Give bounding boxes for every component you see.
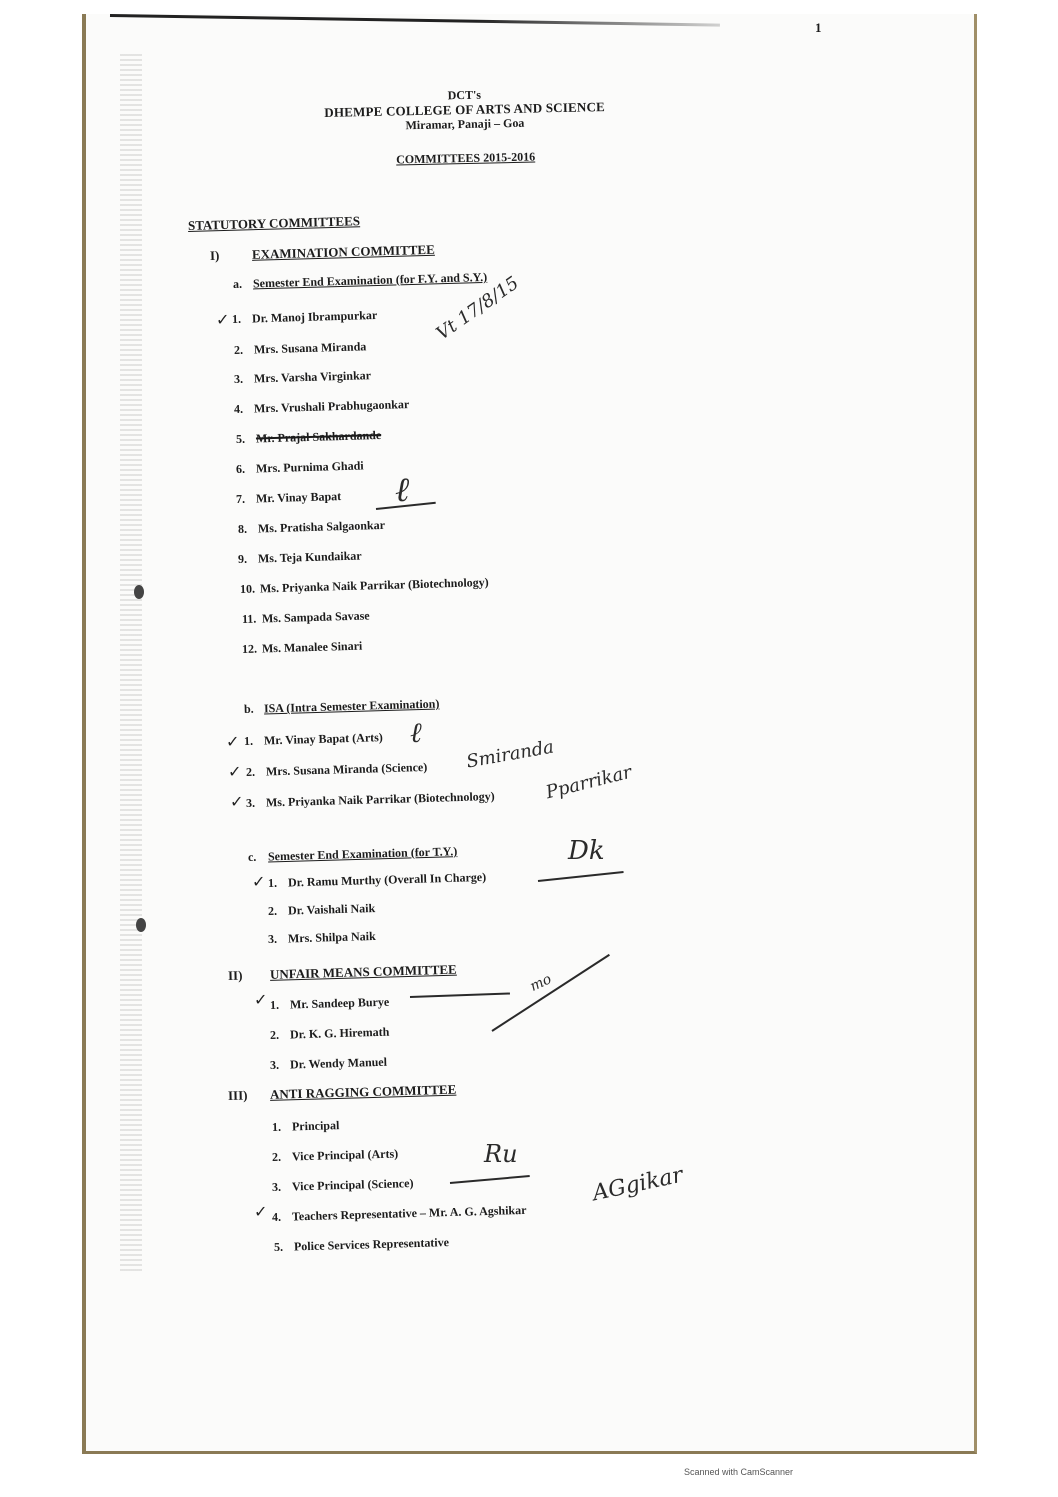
subsection-heading-c: c.Semester End Examination (for T.Y.) (248, 844, 458, 865)
member-name: Mrs. Susana Miranda (Science) (266, 760, 428, 778)
member-name: Mr. Vinay Bapat (256, 489, 342, 505)
subsection-letter: c. (248, 849, 268, 865)
item-number: 9. (238, 551, 258, 567)
checkmark-icon: ✓ (228, 762, 241, 782)
member-name: Mrs. Shilpa Naik (288, 929, 376, 945)
subsection-heading-a: a.Semester End Examination (for F.Y. and… (233, 270, 488, 292)
list-item: 7.Mr. Vinay Bapat (236, 489, 342, 507)
item-number: 6. (236, 461, 256, 477)
item-number: 3. (234, 371, 254, 387)
item-number: 2. (246, 764, 266, 780)
checkmark-icon: ✓ (252, 872, 265, 892)
item-number: 2. (270, 1027, 290, 1043)
list-item: 1.Dr. Ramu Murthy (Overall In Charge) (268, 870, 487, 891)
list-item: 3.Ms. Priyanka Naik Parrikar (Biotechnol… (246, 789, 495, 811)
item-number: 1. (270, 997, 290, 1013)
list-item: 1.Mr. Sandeep Burye (270, 995, 390, 1013)
signature-stroke (410, 993, 510, 998)
item-number: 11. (242, 611, 262, 627)
item-number: 5. (274, 1239, 294, 1255)
scanner-watermark: Scanned with CamScanner (684, 1467, 793, 1477)
committee-numeral: I) (210, 247, 252, 264)
signature-stroke (450, 1175, 530, 1184)
member-name: Mr. Sandeep Burye (290, 995, 390, 1012)
committee-name: EXAMINATION COMMITTEE (252, 242, 435, 262)
list-item: 2.Vice Principal (Arts) (272, 1146, 399, 1165)
member-name: Mrs. Vrushali Prabhugaonkar (254, 397, 410, 415)
list-item: 11.Ms. Sampada Savase (242, 608, 370, 627)
item-number: 3. (270, 1057, 290, 1073)
list-item: 3.Mrs. Shilpa Naik (268, 929, 376, 947)
member-name: Ms. Priyanka Naik Parrikar (Biotechnolog… (266, 789, 495, 809)
checkmark-icon: ✓ (254, 990, 267, 1010)
item-number: 10. (240, 581, 260, 597)
item-number: 2. (268, 903, 288, 919)
item-number: 3. (268, 931, 288, 947)
member-name: Ms. Manalee Sinari (262, 639, 363, 656)
subsection-title: Semester End Examination (for T.Y.) (268, 844, 458, 863)
item-number: 7. (236, 491, 256, 507)
member-name: Vice Principal (Science) (292, 1176, 414, 1193)
committee-name: UNFAIR MEANS COMMITTEE (270, 962, 457, 982)
member-name: Ms. Pratisha Salgaonkar (258, 518, 385, 536)
list-item: 1.Mr. Vinay Bapat (Arts) (244, 730, 383, 749)
member-name: Dr. K. G. Hiremath (290, 1025, 390, 1042)
item-number: 3. (246, 795, 266, 811)
list-item: 10.Ms. Priyanka Naik Parrikar (Biotechno… (240, 575, 489, 597)
list-item: 9.Ms. Teja Kundaikar (238, 549, 362, 567)
item-number: 8. (238, 521, 258, 537)
checkmark-icon: ✓ (230, 792, 243, 812)
member-name: Teachers Representative – Mr. A. G. Agsh… (292, 1203, 527, 1224)
item-number: 2. (272, 1149, 292, 1165)
member-name: Mr. Prajal Sakhardande (256, 428, 382, 445)
list-item: 5.Police Services Representative (274, 1235, 449, 1255)
member-name: Mrs. Varsha Virginkar (254, 368, 371, 385)
member-name: Dr. Manoj Ibrampurkar (252, 308, 378, 325)
committee-numeral: II) (228, 967, 270, 984)
handwritten-signature: Smiranda (465, 736, 556, 772)
member-name: Dr. Vaishali Naik (288, 901, 376, 917)
item-number: 1. (272, 1119, 292, 1135)
member-name: Vice Principal (Arts) (292, 1146, 399, 1163)
binder-hole-mark (136, 918, 146, 932)
checkmark-icon: ✓ (254, 1202, 267, 1222)
handwritten-signature: Dk (568, 836, 605, 866)
item-number: 1. (232, 311, 252, 327)
subsection-heading-b: b.ISA (Intra Semester Examination) (244, 697, 440, 717)
member-name: Ms. Teja Kundaikar (258, 549, 362, 566)
member-name: Ms. Priyanka Naik Parrikar (Biotechnolog… (260, 575, 489, 595)
list-item-struck-out: 5.Mr. Prajal Sakhardande (236, 428, 382, 447)
list-item: 3.Dr. Wendy Manuel (270, 1055, 387, 1073)
item-number: 1. (268, 875, 288, 891)
subsection-title: ISA (Intra Semester Examination) (264, 697, 440, 716)
handwritten-signature: Ru (484, 1140, 518, 1168)
list-item: 3.Vice Principal (Science) (272, 1176, 414, 1195)
document-body: STATUTORY COMMITTEES I)EXAMINATION COMMI… (0, 0, 1058, 1497)
subsection-letter: b. (244, 701, 264, 717)
section-title: STATUTORY COMMITTEES (188, 213, 360, 234)
list-item: 1.Dr. Manoj Ibrampurkar (232, 308, 378, 327)
handwritten-signature: ℓ (410, 716, 422, 750)
item-number: 1. (244, 733, 264, 749)
item-number: 4. (272, 1209, 292, 1225)
committee-numeral: III) (228, 1087, 270, 1104)
list-item: 3.Mrs. Varsha Virginkar (234, 368, 371, 387)
member-name: Mrs. Purnima Ghadi (256, 458, 364, 475)
handwritten-signature: AGgikar (590, 1163, 685, 1206)
item-number: 3. (272, 1179, 292, 1195)
checkmark-icon: ✓ (216, 310, 229, 330)
committee-heading-examination: I)EXAMINATION COMMITTEE (210, 242, 435, 264)
item-number: 2. (234, 342, 254, 358)
item-number: 4. (234, 401, 254, 417)
signature-stroke (538, 871, 624, 882)
member-name: Dr. Ramu Murthy (Overall In Charge) (288, 870, 487, 890)
subsection-letter: a. (233, 276, 253, 292)
item-number: 5. (236, 431, 256, 447)
list-item: 2.Mrs. Susana Miranda (234, 339, 367, 358)
list-item: 2.Dr. K. G. Hiremath (270, 1025, 390, 1043)
list-item: 8.Ms. Pratisha Salgaonkar (238, 518, 385, 537)
handwritten-signature: Pparrikar (544, 762, 634, 804)
list-item: 2.Dr. Vaishali Naik (268, 901, 376, 919)
member-name: Police Services Representative (294, 1235, 449, 1253)
list-item: 1.Principal (272, 1118, 340, 1135)
member-name: Mrs. Susana Miranda (254, 339, 367, 356)
committee-heading-anti-ragging: III)ANTI RAGGING COMMITTEE (228, 1082, 457, 1104)
committee-heading-unfair-means: II)UNFAIR MEANS COMMITTEE (228, 962, 457, 984)
member-name: Dr. Wendy Manuel (290, 1055, 387, 1072)
committee-name: ANTI RAGGING COMMITTEE (270, 1082, 457, 1102)
list-item: 2.Mrs. Susana Miranda (Science) (246, 760, 428, 780)
member-name: Ms. Sampada Savase (262, 608, 370, 625)
subsection-title: Semester End Examination (for F.Y. and S… (253, 270, 488, 291)
member-name: Mr. Vinay Bapat (Arts) (264, 730, 383, 747)
list-item: 4.Teachers Representative – Mr. A. G. Ag… (272, 1203, 527, 1225)
list-item: 6.Mrs. Purnima Ghadi (236, 458, 364, 477)
binder-hole-mark (134, 585, 144, 599)
member-name: Principal (292, 1118, 340, 1133)
list-item: 12.Ms. Manalee Sinari (242, 639, 363, 657)
item-number: 12. (242, 641, 262, 657)
checkmark-icon: ✓ (226, 732, 239, 752)
list-item: 4.Mrs. Vrushali Prabhugaonkar (234, 397, 410, 417)
